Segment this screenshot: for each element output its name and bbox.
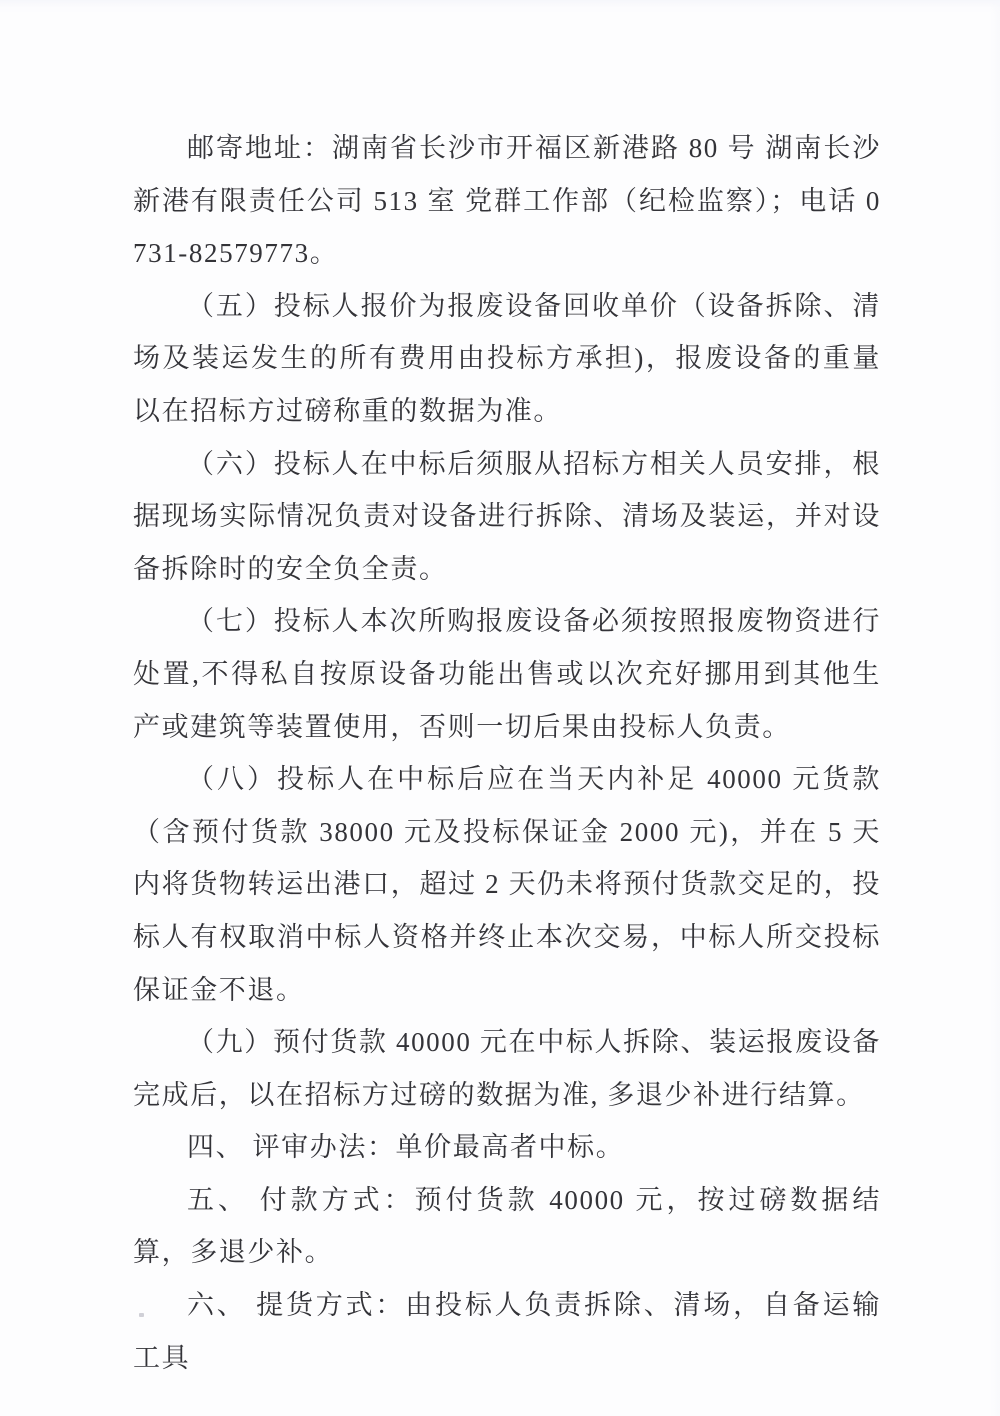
paragraph-section-4: 四、 评审办法：单价最高者中标。 [133, 1121, 881, 1174]
scan-noise-edge [990, 0, 1000, 1416]
paragraph-clause-8: （八）投标人在中标后应在当天内补足 40000 元货款（含预付货款 38000 … [133, 753, 881, 1016]
scan-artifact-dot [139, 1313, 144, 1317]
document-page: 邮寄地址：湖南省长沙市开福区新港路 80 号 湖南长沙新港有限责任公司 513 … [133, 122, 881, 1384]
paragraph-clause-5: （五）投标人报价为报废设备回收单价（设备拆除、清场及装运发生的所有费用由投标方承… [133, 280, 881, 438]
scan-noise-band [0, 0, 1000, 14]
paragraph-mailing-address: 邮寄地址：湖南省长沙市开福区新港路 80 号 湖南长沙新港有限责任公司 513 … [133, 122, 881, 280]
paragraph-section-5: 五、 付款方式：预付货款 40000 元，按过磅数据结算，多退少补。 [133, 1174, 881, 1279]
paragraph-section-6: 六、 提货方式：由投标人负责拆除、清场，自备运输工具 [133, 1279, 881, 1384]
paragraph-clause-9: （九）预付货款 40000 元在中标人拆除、装运报废设备完成后，以在招标方过磅的… [133, 1016, 881, 1121]
paragraph-clause-7: （七）投标人本次所购报废设备必须按照报废物资进行处置,不得私自按原设备功能出售或… [133, 595, 881, 753]
paragraph-clause-6: （六）投标人在中标后须服从招标方相关人员安排，根据现场实际情况负责对设备进行拆除… [133, 438, 881, 596]
